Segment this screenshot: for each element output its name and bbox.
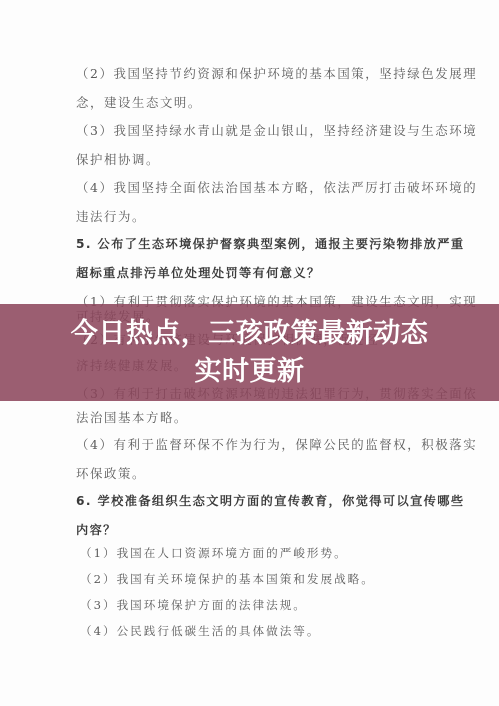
question-line: 超标重点排污单位处理处罚等有何意义？ xyxy=(76,264,321,281)
document-line: （4）有利于监督环保不作为行为，保障公民的监督权，积极落实 xyxy=(76,435,477,453)
headline-banner: 今日热点，三孩政策最新动态 实时更新 xyxy=(0,304,499,401)
document-line: 念，建设生态文明。 xyxy=(76,93,202,111)
document-line: 保护相协调。 xyxy=(76,150,160,168)
document-line: （4）公民践行低碳生活的具体做法等。 xyxy=(80,623,320,639)
document-line: （2）我国坚持节约资源和保护环境的基本国策，坚持绿色发展理 xyxy=(76,64,477,82)
document-line: （1）我国在人口资源环境方面的严峻形势。 xyxy=(80,545,348,561)
document-line: （4）我国坚持全面依法治国基本方略，依法严厉打击破坏环境的 xyxy=(76,178,477,196)
banner-title-line-2: 实时更新 xyxy=(195,353,305,391)
document-line: （2）我国有关环境保护的基本国策和发展战略。 xyxy=(80,571,375,587)
document-line: 法治国基本方略。 xyxy=(76,408,188,426)
document-line: 违法行为。 xyxy=(76,207,146,225)
document-line: 环保政策。 xyxy=(76,464,146,482)
document-line: （3）我国坚持绿水青山就是金山银山，坚持经济建设与生态环境 xyxy=(76,121,477,139)
question-line: 6. 学校准备组织生态文明方面的宣传教育，你觉得可以宣传哪些 xyxy=(76,492,464,509)
banner-title-line-1: 今日热点，三孩政策最新动态 xyxy=(71,315,429,353)
document-line: （3）我国环境保护方面的法律法规。 xyxy=(80,597,307,613)
question-line: 5. 公布了生态环境保护督察典型案例，通报主要污染物排放严重 xyxy=(76,235,464,252)
question-line: 内容？ xyxy=(76,521,117,538)
